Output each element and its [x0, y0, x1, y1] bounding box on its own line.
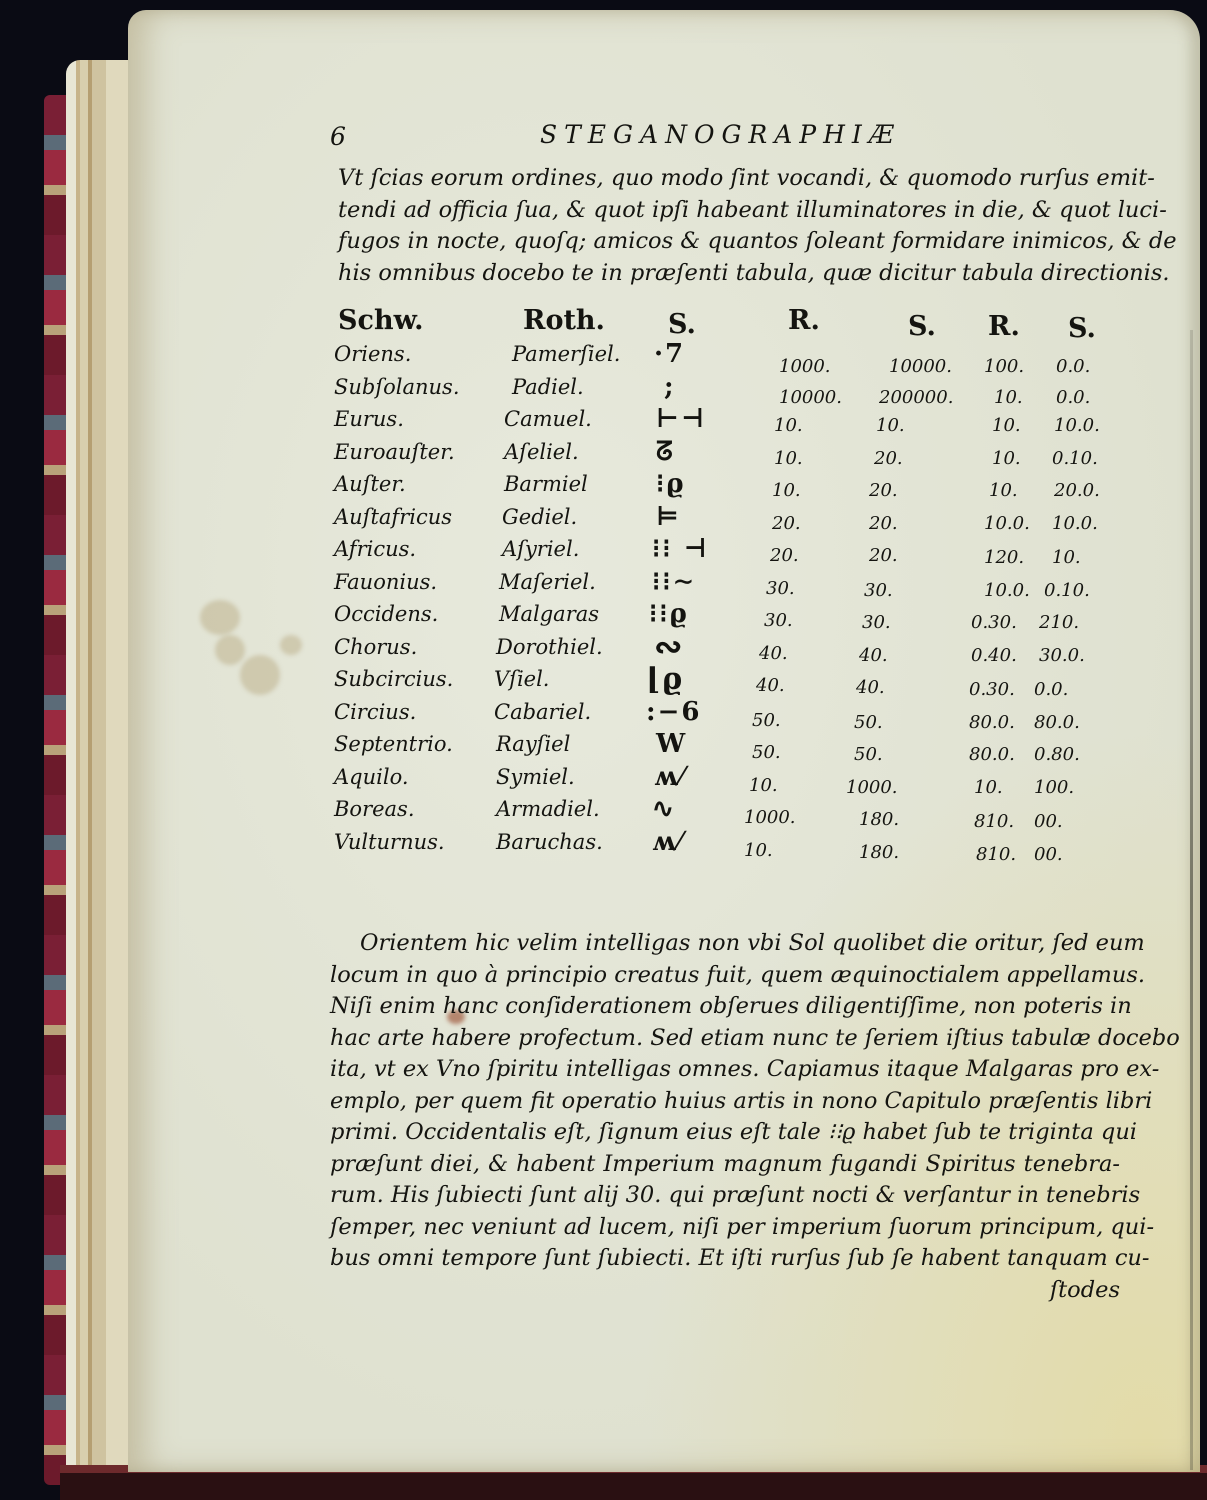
wind-name: Euroauſter.	[334, 440, 455, 464]
spirit-name: Armadiel.	[496, 797, 600, 821]
value-s3: 100.	[1034, 777, 1074, 798]
sign-glyph: ⁝⁝ ⊣	[652, 534, 709, 564]
value-s2: 20.	[869, 545, 898, 566]
text-line: hac arte habere profectum. Sed etiam nun…	[330, 1023, 1120, 1055]
value-r2: 80.0.	[969, 744, 1015, 765]
value-r1: 1000.	[744, 807, 796, 828]
table-row: Occidens. Malgaras ⁝⁝ϱ 30. 30. 0.30. 210…	[334, 602, 1134, 635]
text-line: fugos in nocte, quoſq; amicos & quantos …	[338, 226, 1138, 258]
text-line: bus omni tempore ſunt ſubiecti. Et iſti …	[330, 1243, 1120, 1275]
table-row: Auſtafricus Gediel. ⊨ 20. 20. 10.0. 10.0…	[334, 505, 1134, 538]
foxing-stain	[240, 655, 280, 695]
sign-glyph: ⁝⁝∼	[652, 567, 696, 597]
value-s3: 0.0.	[1034, 679, 1068, 700]
table-row: Euroauſter. Aſeliel. ᘔ 10. 20. 10. 0.10.	[334, 440, 1134, 473]
value-s3: 20.0.	[1054, 480, 1100, 501]
running-title: STEGANOGRAPHIÆ	[540, 120, 901, 149]
body-paragraph: Orientem hic velim intelligas non vbi So…	[330, 928, 1120, 1306]
value-s2: 20.	[869, 513, 898, 534]
text-line: ſemper, nec veniunt ad lucem, niſi per i…	[330, 1212, 1120, 1244]
header-roth: Roth.	[523, 305, 605, 336]
table-row: Africus. Aſyriel. ⁝⁝ ⊣ 20. 20. 120. 10.	[334, 537, 1134, 570]
wind-name: Boreas.	[334, 797, 415, 821]
value-s2: 30.	[864, 580, 893, 601]
value-r1: 30.	[764, 610, 793, 631]
value-s2: 10.	[876, 415, 905, 436]
header-schw: Schw.	[338, 305, 424, 336]
value-r2: 10.0.	[984, 580, 1030, 601]
value-r1: 40.	[756, 675, 785, 696]
header-s2: S.	[908, 311, 936, 342]
text-line: rum. His ſubiecti ſunt alij 30. qui præſ…	[330, 1180, 1120, 1212]
wind-name: Septentrio.	[334, 732, 453, 756]
value-s2: 40.	[856, 677, 885, 698]
value-r1: 50.	[752, 710, 781, 731]
spirit-name: Aſeliel.	[504, 440, 579, 464]
value-s2: 180.	[859, 809, 899, 830]
foxing-stain	[215, 635, 245, 665]
sign-glyph: :−6	[646, 697, 701, 727]
spirit-name: Pamerſiel.	[512, 342, 620, 366]
table-row: Eurus. Camuel. ⊢⊣ 10. 10. 10. 10.0.	[334, 407, 1134, 440]
value-r1: 30.	[766, 578, 795, 599]
value-s2: 180.	[859, 842, 899, 863]
spirit-name: Vſiel.	[494, 667, 549, 691]
sign-glyph: ᘔ	[656, 437, 675, 468]
wind-name: Aquilo.	[334, 765, 409, 789]
spirit-name: Baruchas.	[496, 830, 603, 854]
sign-glyph: ;	[664, 372, 676, 402]
value-r1: 50.	[752, 742, 781, 763]
sign-glyph: ∿	[652, 794, 676, 824]
value-s3: 0.10.	[1044, 580, 1090, 601]
text-line: his omnibus docebo te in præſenti tabula…	[338, 258, 1138, 290]
value-r1: 10.	[744, 840, 773, 861]
value-s3: 10.0.	[1052, 513, 1098, 534]
value-s2: 1000.	[846, 777, 898, 798]
table-row: Circius. Cabariel. :−6 50. 50. 80.0. 80.…	[334, 700, 1134, 733]
value-s3: 80.0.	[1034, 712, 1080, 733]
spirit-name: Rayſiel	[496, 732, 570, 756]
wind-name: Eurus.	[334, 407, 404, 431]
table-row: Auſter. Barmiel ⁝ϱ 10. 20. 10. 20.0.	[334, 472, 1134, 505]
table-row: Aquilo. Symiel. ʍ⁄ 10. 1000. 10. 100.	[334, 765, 1134, 798]
spirit-name: Aſyriel.	[502, 537, 579, 561]
foxing-stain	[280, 635, 302, 655]
value-s3: 10.0.	[1054, 415, 1100, 436]
text-line: tendi ad officia ſua, & quot ipſi habean…	[338, 195, 1138, 227]
wind-name: Subcircius.	[334, 667, 453, 691]
spirit-name: Maſeriel.	[499, 570, 596, 594]
value-r1: 10.	[749, 775, 778, 796]
table-row: Subcircius. Vſiel. ⌊ϱ 40. 40. 0.30. 0.0.	[334, 667, 1134, 700]
table-row: Septentrio. Rayſiel W 50. 50. 80.0. 0.80…	[334, 732, 1134, 765]
spirit-name: Padiel.	[512, 375, 584, 399]
table-header: Schw. Roth. S. R. S. R. S.	[338, 305, 1138, 345]
page-fold-shadow	[1190, 330, 1193, 1470]
page-stack-edge	[66, 60, 136, 1470]
table-row: Oriens. Pamerſiel. ·7 1000. 10000. 100. …	[334, 342, 1134, 375]
header-r1: R.	[788, 305, 820, 336]
table-row: Subſolanus. Padiel. ; 10000. 200000. 10.…	[334, 375, 1134, 408]
value-r1: 10.	[774, 448, 803, 469]
text-line: Vt ſcias eorum ordines, quo modo ſint vo…	[338, 163, 1138, 195]
value-r2: 0.30.	[971, 612, 1017, 633]
text-line: primi. Occidentalis eſt, ſignum eius eſt…	[330, 1117, 1120, 1149]
sign-glyph: ⊢⊣	[656, 404, 706, 434]
wind-name: Auſtafricus	[334, 505, 452, 529]
sign-glyph: ⌊ϱ	[646, 662, 684, 697]
spirit-name: Dorothiel.	[496, 635, 603, 659]
sign-glyph: ʍ⁄	[654, 762, 686, 792]
table-row: Boreas. Armadiel. ∿ 1000. 180. 810. 00.	[334, 797, 1134, 830]
text-line: ita, vt ex Vno ſpiritu intelligas omnes.…	[330, 1054, 1120, 1086]
value-s2: 30.	[862, 612, 891, 633]
text-line: Orientem hic velim intelligas non vbi So…	[330, 928, 1120, 960]
header-r2: R.	[988, 311, 1020, 342]
header-s1: S.	[668, 309, 696, 340]
value-s2: 20.	[869, 480, 898, 501]
sign-glyph: ʍ⁄	[652, 827, 684, 857]
sign-glyph: ⊨	[656, 502, 681, 532]
wind-name: Oriens.	[334, 342, 411, 366]
value-r1: 20.	[770, 545, 799, 566]
intro-paragraph: Vt ſcias eorum ordines, quo modo ſint vo…	[338, 163, 1138, 289]
table-row: Fauonius. Maſeriel. ⁝⁝∼ 30. 30. 10.0. 0.…	[334, 570, 1134, 603]
value-s2: 50.	[854, 712, 883, 733]
running-head: 6 STEGANOGRAPHIÆ	[330, 120, 1130, 160]
value-r2: 0.40.	[971, 645, 1017, 666]
value-s3: 10.	[1052, 547, 1081, 568]
value-r2: 10.	[992, 415, 1021, 436]
value-s2: 40.	[859, 645, 888, 666]
wind-name: Vulturnus.	[334, 830, 445, 854]
value-s3: 0.0.	[1056, 387, 1090, 408]
value-r2: 0.30.	[969, 679, 1015, 700]
sign-glyph: ∾	[654, 627, 685, 667]
sign-glyph: ⁝⁝ϱ	[649, 599, 689, 629]
value-s2: 20.	[874, 448, 903, 469]
header-s3: S.	[1068, 313, 1096, 344]
value-s3: 30.0.	[1039, 645, 1085, 666]
spirit-name: Symiel.	[496, 765, 575, 789]
wind-name: Occidens.	[334, 602, 438, 626]
value-r2: 120.	[984, 547, 1024, 568]
text-line: Niſi enim hanc conſiderationem obſerues …	[330, 991, 1120, 1023]
catchword: ſtodes	[330, 1275, 1120, 1307]
foxing-stain	[200, 600, 240, 635]
direction-table: Oriens. Pamerſiel. ·7 1000. 10000. 100. …	[334, 342, 1134, 862]
value-r1: 10.	[772, 480, 801, 501]
value-s3: 00.	[1034, 844, 1063, 865]
spirit-name: Camuel.	[504, 407, 592, 431]
sign-glyph: ⁝ϱ	[656, 469, 686, 499]
value-r2: 10.	[974, 777, 1003, 798]
table-row: Vulturnus. Baruchas. ʍ⁄ 10. 180. 810. 00…	[334, 830, 1134, 863]
text-line: præſunt diei, & habent Imperium magnum f…	[330, 1149, 1120, 1181]
spirit-name: Malgaras	[499, 602, 599, 626]
value-r1: 10.	[774, 415, 803, 436]
value-r2: 10.0.	[984, 513, 1030, 534]
text-line: locum in quo à principio creatus fuit, q…	[330, 960, 1120, 992]
value-r2: 810.	[976, 844, 1016, 865]
value-s3: 0.80.	[1034, 744, 1080, 765]
sign-glyph: ·7	[654, 339, 685, 369]
value-r2: 10.	[994, 387, 1023, 408]
value-r2: 80.0.	[969, 712, 1015, 733]
value-s3: 210.	[1039, 612, 1079, 633]
wind-name: Circius.	[334, 700, 416, 724]
wind-name: Fauonius.	[334, 570, 437, 594]
value-s2: 200000.	[879, 387, 953, 408]
value-s2: 50.	[854, 744, 883, 765]
spirit-name: Gediel.	[502, 505, 577, 529]
page-number: 6	[330, 122, 348, 151]
wind-name: Auſter.	[334, 472, 406, 496]
sign-glyph: W	[656, 729, 687, 759]
value-r1: 10000.	[779, 387, 842, 408]
wind-name: Chorus.	[334, 635, 417, 659]
wind-name: Subſolanus.	[334, 375, 460, 399]
value-s3: 0.10.	[1052, 448, 1098, 469]
value-r1: 40.	[759, 643, 788, 664]
value-r2: 10.	[989, 480, 1018, 501]
table-row: Chorus. Dorothiel. ∾ 40. 40. 0.40. 30.0.	[334, 635, 1134, 668]
spirit-name: Barmiel	[504, 472, 588, 496]
value-r1: 20.	[772, 513, 801, 534]
value-r2: 10.	[992, 448, 1021, 469]
wind-name: Africus.	[334, 537, 416, 561]
text-line: emplo, per quem fit operatio huius artis…	[330, 1086, 1120, 1118]
spirit-name: Cabariel.	[494, 700, 591, 724]
